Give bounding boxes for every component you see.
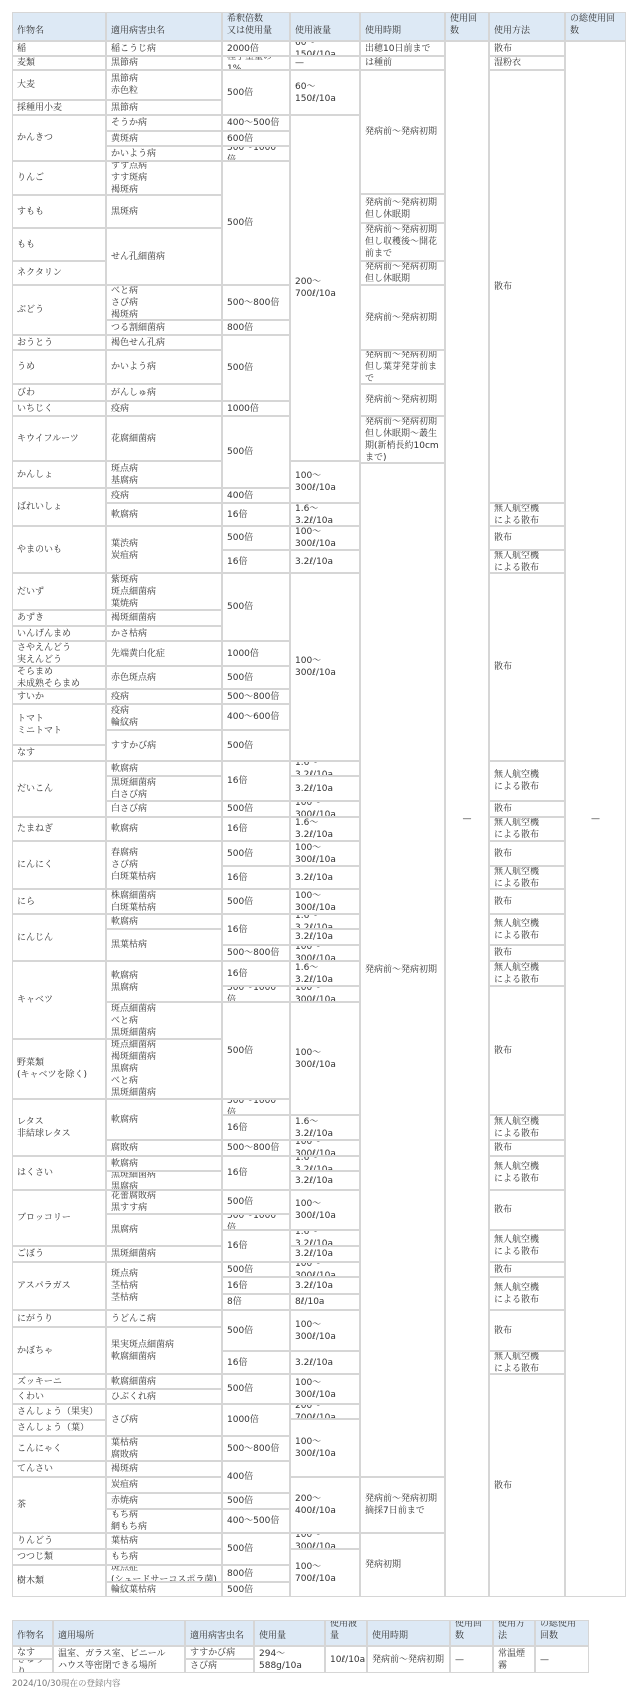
- table-cell: 斑点細菌病 褐斑細菌病 黒腐病 べと病 黒斑細菌病: [106, 1039, 222, 1099]
- table-cell: 黄斑病: [106, 131, 222, 146]
- table-cell: 散布: [489, 841, 565, 866]
- table-cell: 100〜300ℓ/10a: [290, 461, 360, 503]
- table-cell: 褐斑病: [106, 1461, 222, 1477]
- table-cell: 無人航空機 による散布: [489, 1351, 565, 1374]
- table-cell: おうとう: [12, 335, 106, 350]
- table-cell: 葉枯病 腐敗病: [106, 1436, 222, 1461]
- table-cell: ぶどう: [12, 285, 106, 335]
- column-header: 使用方法: [489, 12, 565, 41]
- table-cell: がんしゅ病: [106, 384, 222, 401]
- table-cell: 黒節病: [106, 100, 222, 115]
- table-cell: てんさい: [12, 1461, 106, 1477]
- table-cell: 100〜700ℓ/10a: [290, 1549, 360, 1597]
- table-cell: 100〜300ℓ/10a: [290, 1374, 360, 1404]
- table-cell: 軟腐病: [106, 503, 222, 526]
- table-cell: だいず: [12, 573, 106, 610]
- table-cell: きゅうり: [12, 1659, 53, 1673]
- table-cell: 1.6〜3.2ℓ/10a: [290, 961, 360, 986]
- table-cell: 800倍: [222, 1565, 290, 1582]
- table-cell: —: [450, 1646, 493, 1673]
- table-cell: こんにゃく: [12, 1436, 106, 1461]
- table-cell: 500倍: [222, 1002, 290, 1099]
- table-cell: 500倍: [222, 1493, 290, 1509]
- table-cell: 黒斑細菌病 白さび病: [106, 776, 222, 801]
- table-cell: 10ℓ/10a: [325, 1646, 367, 1673]
- table-cell: 斑点細菌病 べと病 黒斑細菌病: [106, 1002, 222, 1039]
- table-cell: 無人航空機 による散布: [489, 1277, 565, 1310]
- table-cell: にがうり: [12, 1310, 106, 1327]
- table-cell: びわ: [12, 384, 106, 401]
- table-cell: 無人航空機 による散布: [489, 1156, 565, 1190]
- table-cell: 樹木類: [12, 1565, 106, 1597]
- table-cell: 白さび病: [106, 801, 222, 817]
- column-header: 使用方法: [493, 1620, 535, 1646]
- table-cell: 採種用小麦: [12, 100, 106, 115]
- table-cell: 無人航空機 による散布: [489, 961, 565, 986]
- column-header: 本剤の 使用回数: [450, 1620, 493, 1646]
- table-cell: かぼちゃ: [12, 1327, 106, 1374]
- table-cell: 500〜800倍: [222, 285, 290, 320]
- table-cell: にんにく: [12, 841, 106, 889]
- table-cell: 3.2ℓ/10a: [290, 550, 360, 573]
- table-cell: かさ枯病: [106, 626, 222, 641]
- table-cell: —: [445, 41, 489, 1597]
- table-cell: 無人航空機 による散布: [489, 550, 565, 573]
- column-header: 適用病害虫名: [106, 12, 222, 41]
- table-cell: 100〜300ℓ/10a: [290, 1533, 360, 1549]
- table-cell: レタス 非結球レタス: [12, 1099, 106, 1156]
- table-cell: 湿粉衣: [489, 56, 565, 70]
- table-cell: 100〜300ℓ/10a: [290, 889, 360, 914]
- table-cell: 16倍: [222, 1230, 290, 1262]
- table-cell: 100〜300ℓ/10a: [290, 801, 360, 817]
- table-cell: かんきつ: [12, 115, 106, 161]
- table-cell: すすかび病: [106, 730, 222, 761]
- table-cell: 500倍: [222, 1533, 290, 1565]
- table-cell: 500倍: [222, 1582, 290, 1597]
- column-header: 使用時期: [367, 1620, 450, 1646]
- table-cell: 500倍: [222, 1190, 290, 1214]
- table-cell: 3.2ℓ/10a: [290, 1171, 360, 1190]
- table-cell: 軟腐病: [106, 1156, 222, 1171]
- table-cell: 2000倍: [222, 41, 290, 56]
- table-cell: 400倍: [222, 1461, 290, 1493]
- table-cell: 100〜300ℓ/10a: [290, 526, 360, 550]
- table-cell: 500〜800倍: [222, 1140, 290, 1156]
- table-cell: くわい: [12, 1389, 106, 1404]
- table-cell: 500倍: [222, 889, 290, 914]
- table-cell: 先端黄白化症: [106, 641, 222, 666]
- table-cell: 無人航空機 による散布: [489, 761, 565, 801]
- table-cell: 1.6〜3.2ℓ/10a: [290, 817, 360, 841]
- table-cell: 16倍: [222, 817, 290, 841]
- table-cell: 500倍: [222, 526, 290, 550]
- table-cell: 500倍: [222, 1374, 290, 1404]
- table-cell: 100〜300ℓ/10a: [290, 945, 360, 961]
- table-cell: 16倍: [222, 961, 290, 986]
- table-cell: 500倍: [222, 335, 290, 401]
- table-cell: 花腐細菌病: [106, 416, 222, 461]
- table-cell: 黒節病 赤色粒: [106, 70, 222, 100]
- column-header: 使用液量: [325, 1620, 367, 1646]
- table-cell: 疫病 輪紋病: [106, 704, 222, 730]
- table-cell: にんじん: [12, 914, 106, 961]
- table-cell: —: [290, 56, 360, 70]
- table-cell: 春腐病 さび病 白斑葉枯病: [106, 841, 222, 889]
- table-cell: 500倍: [222, 161, 290, 285]
- table-cell: キウイフルーツ: [12, 416, 106, 461]
- table-cell: 3.2ℓ/10a: [290, 929, 360, 945]
- table-cell: 麦類: [12, 56, 106, 70]
- table-cell: 500〜800倍: [222, 945, 290, 961]
- table-cell: 500〜1000倍: [222, 1214, 290, 1230]
- table-cell: 赤色斑点病: [106, 666, 222, 689]
- table-cell: 斑点症 (シュードサーコスポラ菌): [106, 1565, 222, 1582]
- table-cell: 散布: [489, 986, 565, 1115]
- table-cell: 斑点病 基腐病: [106, 461, 222, 488]
- table-cell: あずき: [12, 610, 106, 626]
- table-cell: 16倍: [222, 1115, 290, 1140]
- table-cell: だいこん: [12, 761, 106, 817]
- table-cell: 200〜700ℓ/10a: [290, 115, 360, 461]
- table-cell: 16倍: [222, 866, 290, 889]
- table-cell: 16倍: [222, 914, 290, 945]
- table-cell: 無人航空機 による散布: [489, 914, 565, 945]
- table-cell: —: [565, 41, 626, 1597]
- table-cell: 葉渋病 炭疽病: [106, 526, 222, 573]
- table-cell: もち病: [106, 1549, 222, 1565]
- table-cell: —: [535, 1646, 589, 1673]
- table-cell: いんげんまめ: [12, 626, 106, 641]
- table-cell: 500倍: [222, 416, 290, 488]
- table-cell: 発病前〜発病初期 但し休眠期: [360, 194, 445, 223]
- table-cell: 発病前〜発病初期 但し休眠期〜叢生 期(新梢長約10cm まで): [360, 416, 445, 463]
- table-cell: もち病 網もち病: [106, 1509, 222, 1533]
- table-cell: 500倍: [222, 666, 290, 689]
- table-cell: 紫斑病 斑点細菌病 葉焼病: [106, 573, 222, 610]
- table-cell: 400〜600倍: [222, 704, 290, 730]
- table-cell: 500倍: [222, 573, 290, 641]
- table-cell: 発病前〜発病初期: [360, 384, 445, 416]
- table-cell: 無人航空機 による散布: [489, 817, 565, 841]
- column-header: 本剤の 使用回数: [445, 12, 489, 41]
- table-cell: 400〜500倍: [222, 1509, 290, 1533]
- table-cell: 800倍: [222, 320, 290, 335]
- table-cell: 1.6〜3.2ℓ/10a: [290, 1156, 360, 1171]
- table-cell: は種前: [360, 56, 445, 70]
- table-cell: 3.2ℓ/10a: [290, 776, 360, 801]
- table-cell: なす: [12, 745, 106, 761]
- table-cell: そらまめ 未成熟そらまめ: [12, 666, 106, 689]
- table-cell: 炭疽病: [106, 1477, 222, 1493]
- table-cell: 輪紋葉枯病: [106, 1582, 222, 1597]
- table-cell: 500倍: [222, 841, 290, 866]
- table-cell: ネクタリン: [12, 261, 106, 285]
- column-header: 使用液量: [290, 12, 360, 41]
- table-cell: 100〜300ℓ/10a: [290, 573, 360, 761]
- table-cell: さんしょう（果実）: [12, 1404, 106, 1420]
- table-cell: 疫病: [106, 401, 222, 416]
- column-header: 使用量: [254, 1620, 325, 1646]
- column-header: 使用時期: [360, 12, 445, 41]
- table-cell: つる割細菌病: [106, 320, 222, 335]
- table-cell: ズッキーニ: [12, 1374, 106, 1389]
- table-cell: 散布: [489, 1262, 565, 1277]
- table-cell: 発病前〜発病初期 摘採7日前まで: [360, 1477, 445, 1533]
- table-cell: りんご: [12, 161, 106, 195]
- table-cell: 100〜300ℓ/10a: [290, 986, 360, 1002]
- table-cell: 500〜1000倍: [222, 986, 290, 1002]
- table-cell: 500〜800倍: [222, 1436, 290, 1461]
- table-cell: 16倍: [222, 503, 290, 526]
- table-cell: 軟腐病: [106, 817, 222, 841]
- table-cell: 散布: [489, 945, 565, 961]
- table-cell: すすかび病: [185, 1646, 254, 1659]
- table-cell: ごぼう: [12, 1246, 106, 1262]
- table-cell: 無人航空機 による散布: [489, 866, 565, 889]
- table-cell: 発病前〜発病初期 但し収穫後〜開花 前まで: [360, 223, 445, 261]
- table-cell: なす: [12, 1646, 53, 1659]
- table-cell: つつじ類: [12, 1549, 106, 1565]
- table-cell: 無人航空機 による散布: [489, 1115, 565, 1140]
- table-cell: すす点病 すす斑病 褐斑病: [106, 161, 222, 195]
- table-cell: 500倍: [222, 70, 290, 115]
- table-cell: 100〜300ℓ/10a: [290, 1310, 360, 1351]
- table-cell: 1000倍: [222, 401, 290, 416]
- table-cell: 60〜150ℓ/10a: [290, 70, 360, 115]
- table-cell: 500倍: [222, 801, 290, 817]
- table-cell: もも: [12, 228, 106, 261]
- table-cell: 散布: [489, 70, 565, 503]
- table-cell: 500〜1000倍: [222, 1099, 290, 1115]
- table-cell: 500〜800倍: [222, 689, 290, 704]
- table-cell: 散布: [489, 526, 565, 550]
- column-header: 作物名: [12, 12, 106, 41]
- table-cell: 600倍: [222, 131, 290, 146]
- table-cell: 散布: [489, 801, 565, 817]
- table-cell: 1000倍: [222, 1404, 290, 1436]
- table-cell: にら: [12, 889, 106, 914]
- table-cell: 腐敗病: [106, 1140, 222, 1156]
- table-cell: 軟腐病: [106, 914, 222, 929]
- table-cell: 出穂10日前まで: [360, 41, 445, 56]
- table-cell: そうか病: [106, 115, 222, 131]
- table-cell: 疫病: [106, 689, 222, 704]
- table-cell: はくさい: [12, 1156, 106, 1190]
- table-cell: 黒斑病: [106, 195, 222, 228]
- column-header: 適用場所: [53, 1620, 185, 1646]
- table-cell: キャベツ: [12, 961, 106, 1039]
- table-cell: トマト ミニトマト: [12, 704, 106, 745]
- registration-date-note: 2024/10/30現在の登録内容: [12, 1677, 121, 1689]
- table-cell: 稲こうじ病: [106, 41, 222, 56]
- table-cell: 発病前〜発病初期 但し休眠期: [360, 261, 445, 285]
- table-cell: 常温煙霧: [493, 1646, 535, 1673]
- table-cell: 発病前〜発病初期: [360, 70, 445, 194]
- table-cell: 16倍: [222, 1156, 290, 1190]
- table-cell: 稲: [12, 41, 106, 56]
- table-cell: かんしょ: [12, 461, 106, 488]
- table-cell: 疫病: [106, 488, 222, 503]
- table-cell: ばれいしょ: [12, 488, 106, 526]
- table-cell: 無人航空機 による散布: [489, 503, 565, 526]
- table-cell: 大麦: [12, 70, 106, 100]
- table-cell: 8ℓ/10a: [290, 1294, 360, 1310]
- table-cell: ブロッコリー: [12, 1190, 106, 1246]
- table-cell: 8倍: [222, 1294, 290, 1310]
- table-cell: さんしょう（葉）: [12, 1420, 106, 1436]
- table-cell: 3.2ℓ/10a: [290, 1246, 360, 1262]
- table-cell: 発病前〜発病初期 但し葉芽発芽前ま で: [360, 350, 445, 384]
- table-cell: ひぶくれ病: [106, 1389, 222, 1404]
- table-cell: 温室、ガラス室、ビニール ハウス等密閉できる場所: [53, 1646, 185, 1673]
- table-cell: やまのいも: [12, 526, 106, 573]
- table-cell: 黒葉枯病: [106, 929, 222, 961]
- table-cell: 500倍: [222, 1262, 290, 1277]
- table-cell: 果実斑点細菌病 軟腐細菌病: [106, 1327, 222, 1374]
- table-cell: 16倍: [222, 1277, 290, 1294]
- table-cell: うめ: [12, 350, 106, 384]
- table-cell: せん孔細菌病: [106, 228, 222, 285]
- table-cell: いちじく: [12, 401, 106, 416]
- table-cell: 褐斑細菌病: [106, 610, 222, 626]
- table-cell: 294〜588g/10a: [254, 1646, 325, 1673]
- table-cell: 500〜1000倍: [222, 146, 290, 161]
- table-cell: 無人航空機 による散布: [489, 1230, 565, 1262]
- table-cell: 散布: [489, 1310, 565, 1351]
- table-cell: 200〜400ℓ/10a: [290, 1477, 360, 1533]
- table-cell: 散布: [489, 1374, 565, 1597]
- table-cell: 1.6〜3.2ℓ/10a: [290, 503, 360, 526]
- table-cell: さび病: [185, 1659, 254, 1673]
- table-cell: りんどう: [12, 1533, 106, 1549]
- table-cell: 100〜300ℓ/10a: [290, 1002, 360, 1115]
- table-cell: さやえんどう 実えんどう: [12, 641, 106, 666]
- table-cell: 黒斑細菌病 黒腐病: [106, 1171, 222, 1190]
- table-cell: 1000倍: [222, 641, 290, 666]
- table-cell: 黒節病: [106, 56, 222, 70]
- table-cell: 発病初期: [360, 1533, 445, 1597]
- table-cell: 株腐細菌病 白斑葉枯病: [106, 889, 222, 914]
- table-cell: 発病前〜発病初期: [360, 463, 445, 1477]
- table-cell: 3.2ℓ/10a: [290, 866, 360, 889]
- table-cell: 400〜500倍: [222, 115, 290, 131]
- table-cell: 発病前〜発病初期: [367, 1646, 450, 1673]
- table-cell: 400倍: [222, 488, 290, 503]
- table-cell: 1.6〜3.2ℓ/10a: [290, 914, 360, 929]
- table-cell: 散布: [489, 889, 565, 914]
- table-cell: 1.6〜3.2ℓ/10a: [290, 761, 360, 776]
- table-cell: 軟腐病: [106, 1099, 222, 1140]
- table-cell: アスパラガス: [12, 1262, 106, 1310]
- table-cell: 200〜700ℓ/10a: [290, 1404, 360, 1419]
- table-cell: 斑点病 茎枯病 茎枯病: [106, 1262, 222, 1310]
- table-cell: 3.2ℓ/10a: [290, 1277, 360, 1294]
- column-header: 銅を含む農薬 の総使用回数: [565, 12, 626, 41]
- table-cell: 16倍: [222, 1351, 290, 1374]
- table-cell: 100〜300ℓ/10a: [290, 1140, 360, 1156]
- table-cell: 500倍: [222, 730, 290, 761]
- table-cell: たまねぎ: [12, 817, 106, 841]
- table-cell: 種子重量の1%: [222, 56, 290, 70]
- table-cell: 3.2ℓ/10a: [290, 1351, 360, 1374]
- table-cell: 葉枯病: [106, 1533, 222, 1549]
- column-header: 作物名: [12, 1620, 53, 1646]
- table-cell: 100〜300ℓ/10a: [290, 1262, 360, 1277]
- column-header: 銅を含む農薬 の総使用回数: [535, 1620, 589, 1646]
- table-cell: 野菜類 (キャベツを除く): [12, 1039, 106, 1099]
- table-cell: すもも: [12, 195, 106, 228]
- table-cell: 花蕾腐敗病 黒すす病: [106, 1190, 222, 1214]
- table-cell: 100〜300ℓ/10a: [290, 1190, 360, 1230]
- table-cell: 赤焼病: [106, 1493, 222, 1509]
- table-cell: 黒腐病: [106, 1214, 222, 1246]
- table-cell: 軟腐病 黒腐病: [106, 961, 222, 1002]
- table-cell: 100〜300ℓ/10a: [290, 841, 360, 866]
- column-header: 適用病害虫名: [185, 1620, 254, 1646]
- table-cell: かいよう病: [106, 146, 222, 161]
- table-cell: 散布: [489, 1140, 565, 1156]
- table-cell: 散布: [489, 1190, 565, 1230]
- table-cell: 発病前〜発病初期: [360, 285, 445, 350]
- table-cell: 軟腐病: [106, 761, 222, 776]
- table-cell: かいよう病: [106, 350, 222, 384]
- table-cell: すいか: [12, 689, 106, 704]
- table-cell: 褐色せん孔病: [106, 335, 222, 350]
- table-cell: さび病: [106, 1404, 222, 1436]
- table-cell: 100〜300ℓ/10a: [290, 1419, 360, 1477]
- table-cell: うどんこ病: [106, 1310, 222, 1327]
- table-cell: 60〜150ℓ/10a: [290, 41, 360, 56]
- table-cell: 16倍: [222, 761, 290, 801]
- table-cell: べと病 さび病 褐斑病: [106, 285, 222, 320]
- table-cell: 散布: [489, 41, 565, 56]
- column-header: 希釈倍数 又は使用量: [222, 12, 290, 41]
- table-cell: 散布: [489, 573, 565, 761]
- table-cell: 黒斑細菌病: [106, 1246, 222, 1262]
- table-cell: 16倍: [222, 550, 290, 573]
- table-cell: 軟腐細菌病: [106, 1374, 222, 1389]
- table-cell: 1.6〜3.2ℓ/10a: [290, 1230, 360, 1246]
- table-cell: 500倍: [222, 1310, 290, 1351]
- table-cell: 1.6〜3.2ℓ/10a: [290, 1115, 360, 1140]
- table-cell: 茶: [12, 1477, 106, 1533]
